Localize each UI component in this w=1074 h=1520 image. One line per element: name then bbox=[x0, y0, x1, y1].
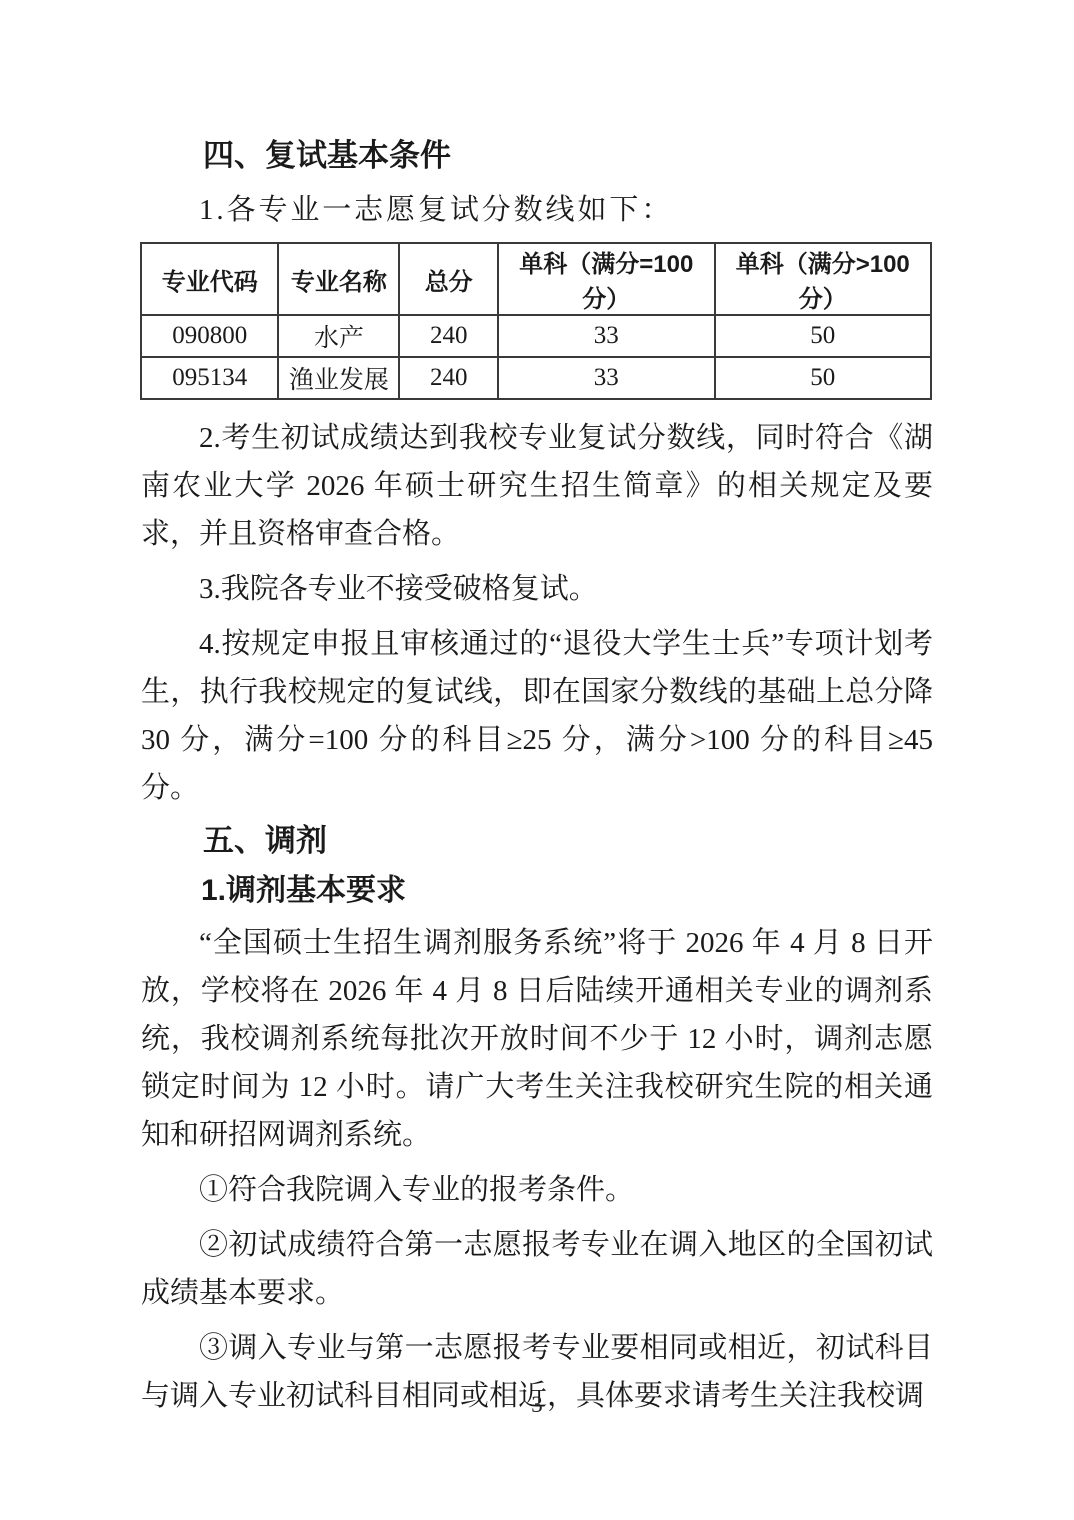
section-5-heading: 五、调剂 bbox=[141, 819, 933, 863]
document-page: 四、复试基本条件 1.各专业一志愿复试分数线如下： 专业代码 专业名称 总分 单… bbox=[0, 0, 1074, 1520]
cell-single-eq100: 33 bbox=[498, 357, 714, 399]
cell-major-code: 095134 bbox=[141, 357, 278, 399]
adjustment-condition-1: ①符合我院调入专业的报考条件。 bbox=[141, 1166, 933, 1214]
cell-total-score: 240 bbox=[399, 315, 498, 357]
paragraph-no-exception-retest: 3.我院各专业不接受破格复试。 bbox=[141, 565, 933, 613]
header-major-code: 专业代码 bbox=[141, 243, 278, 315]
retest-score-line-table: 专业代码 专业名称 总分 单科（满分=100 分） 单科（满分>100 分） 0… bbox=[140, 242, 932, 400]
header-total-score: 总分 bbox=[399, 243, 498, 315]
header-single-eq100: 单科（满分=100 分） bbox=[498, 243, 714, 315]
paragraph-veteran-plan: 4.按规定申报且审核通过的“退役大学生士兵”专项计划考生，执行我校规定的复试线，… bbox=[141, 620, 933, 812]
header-major-name: 专业名称 bbox=[278, 243, 399, 315]
header-single-gt100: 单科（满分>100 分） bbox=[715, 243, 931, 315]
paragraph-retest-requirement: 2.考生初试成绩达到我校专业复试分数线，同时符合《湖南农业大学 2026 年硕士… bbox=[141, 414, 933, 558]
cell-total-score: 240 bbox=[399, 357, 498, 399]
cell-major-name: 渔业发展 bbox=[278, 357, 399, 399]
table-header-row: 专业代码 专业名称 总分 单科（满分=100 分） 单科（满分>100 分） bbox=[141, 243, 931, 315]
paragraph-adjustment-system: “全国硕士生招生调剂服务系统”将于 2026 年 4 月 8 日开放，学校将在 … bbox=[141, 919, 933, 1159]
cell-single-gt100: 50 bbox=[715, 315, 931, 357]
section-4-heading: 四、复试基本条件 bbox=[141, 136, 933, 176]
cell-major-name: 水产 bbox=[278, 315, 399, 357]
page-number: 3 bbox=[0, 1392, 1074, 1418]
table-row: 095134 渔业发展 240 33 50 bbox=[141, 357, 931, 399]
section-5-sub1-heading: 1.调剂基本要求 bbox=[141, 869, 933, 913]
adjustment-condition-2: ②初试成绩符合第一志愿报考专业在调入地区的全国初试成绩基本要求。 bbox=[141, 1221, 933, 1317]
cell-major-code: 090800 bbox=[141, 315, 278, 357]
page-content: 四、复试基本条件 1.各专业一志愿复试分数线如下： 专业代码 专业名称 总分 单… bbox=[141, 136, 933, 1427]
section-4-intro: 1.各专业一志愿复试分数线如下： bbox=[141, 190, 933, 230]
table-row: 090800 水产 240 33 50 bbox=[141, 315, 931, 357]
cell-single-gt100: 50 bbox=[715, 357, 931, 399]
cell-single-eq100: 33 bbox=[498, 315, 714, 357]
